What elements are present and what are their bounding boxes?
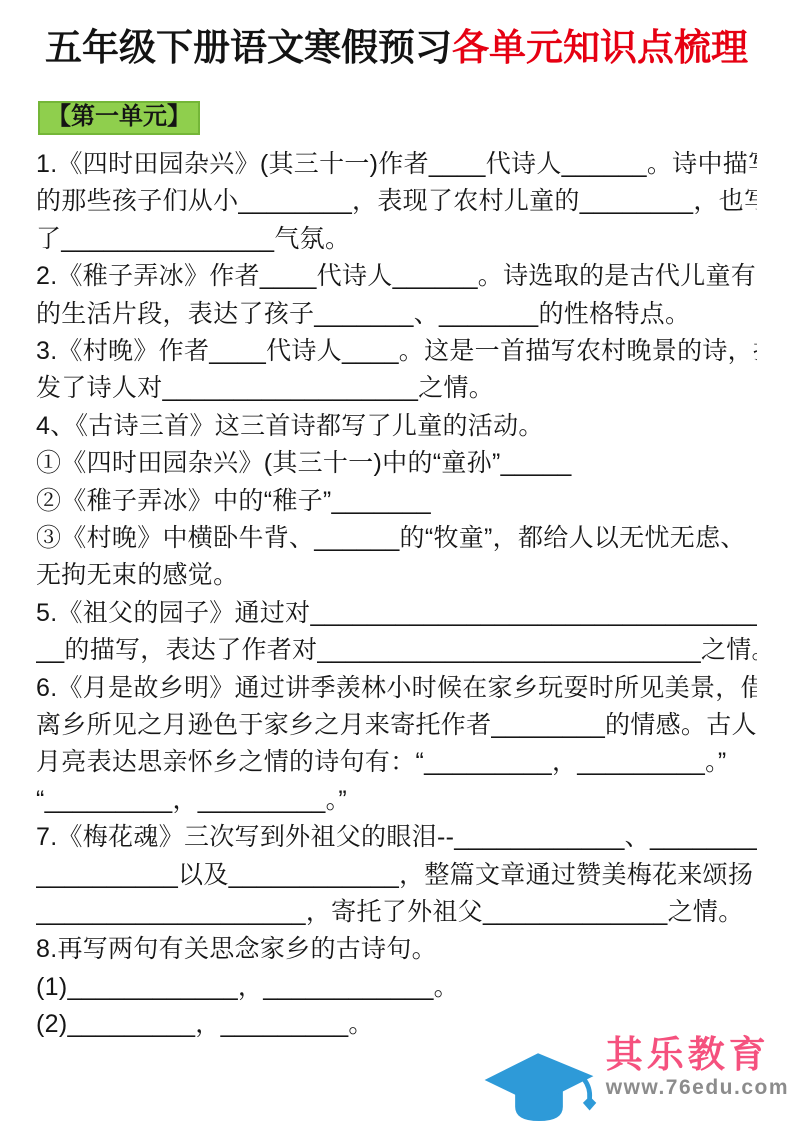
worksheet-line: __________以及____________，整篇文章通过赞美梅花来颂扬	[36, 857, 757, 894]
worksheet-line: __的描写，表达了作者对___________________________之…	[36, 632, 757, 669]
worksheet-line: 无拘无束的感觉。	[36, 557, 757, 594]
worksheet-line: 8.再写两句有关思念家乡的古诗句。	[36, 931, 757, 968]
page-title: 五年级下册语文寒假预习各单元知识点梳理	[0, 24, 793, 71]
worksheet-page: 五年级下册语文寒假预习各单元知识点梳理 【第一单元】 1.《四时田园杂兴》(其三…	[0, 0, 793, 1122]
worksheet-line: 6.《月是故乡明》通过讲季羡林小时候在家乡玩耍时所见美景，借	[36, 670, 757, 707]
worksheet-line: 2.《稚子弄冰》作者____代诗人______。诗选取的是古代儿童有趣	[36, 258, 757, 295]
worksheet-line: (1)____________，____________。	[36, 969, 757, 1006]
worksheet-line: ①《四时田园杂兴》(其三十一)中的“童孙”_____	[36, 445, 757, 482]
worksheet-line: “_________，_________。”	[36, 782, 757, 819]
worksheet-line: 1.《四时田园杂兴》(其三十一)作者____代诗人______。诗中描写	[36, 146, 757, 183]
graduation-cap-icon	[476, 1038, 602, 1122]
worksheet-line: 了_______________气氛。	[36, 221, 757, 258]
brand-name: 其乐教育	[606, 1032, 789, 1078]
section-badge: 【第一单元】	[38, 101, 200, 135]
title-black-part: 五年级下册语文寒假预习	[45, 27, 452, 68]
worksheet-line: 的生活片段，表达了孩子_______、_______的性格特点。	[36, 296, 757, 333]
worksheet-line: ③《村晚》中横卧牛背、______的“牧童”，都给人以无忧无虑、	[36, 520, 757, 557]
worksheet-line: 5.《祖父的园子》通过对____________________________…	[36, 595, 757, 632]
worksheet-line: 4、《古诗三首》这三首诗都写了儿童的活动。	[36, 408, 757, 445]
worksheet-line: 7.《梅花魂》三次写到外祖父的眼泪--____________、________	[36, 819, 757, 856]
brand-text-block: 其乐教育 www.76edu.com	[606, 1032, 789, 1100]
worksheet-line: ___________________，寄托了外祖父_____________之…	[36, 894, 757, 931]
worksheet-content: 1.《四时田园杂兴》(其三十一)作者____代诗人______。诗中描写的那些孩…	[0, 146, 793, 1044]
worksheet-line: 发了诗人对__________________之情。	[36, 370, 757, 407]
title-red-part: 各单元知识点梳理	[452, 27, 748, 68]
worksheet-line: ②《稚子弄冰》中的“稚子”_______	[36, 483, 757, 520]
worksheet-line: 月亮表达思亲怀乡之情的诗句有：“_________，_________。”	[36, 744, 757, 781]
brand-logo: 其乐教育 www.76edu.com	[476, 1032, 789, 1122]
brand-url: www.76edu.com	[606, 1076, 789, 1100]
worksheet-line: 的那些孩子们从小________，表现了农村儿童的________，也写出	[36, 183, 757, 220]
worksheet-line: 离乡所见之月逊色于家乡之月来寄托作者________的情感。古人借	[36, 707, 757, 744]
worksheet-line: 3.《村晚》作者____代诗人____。这是一首描写农村晚景的诗，抒	[36, 333, 757, 370]
